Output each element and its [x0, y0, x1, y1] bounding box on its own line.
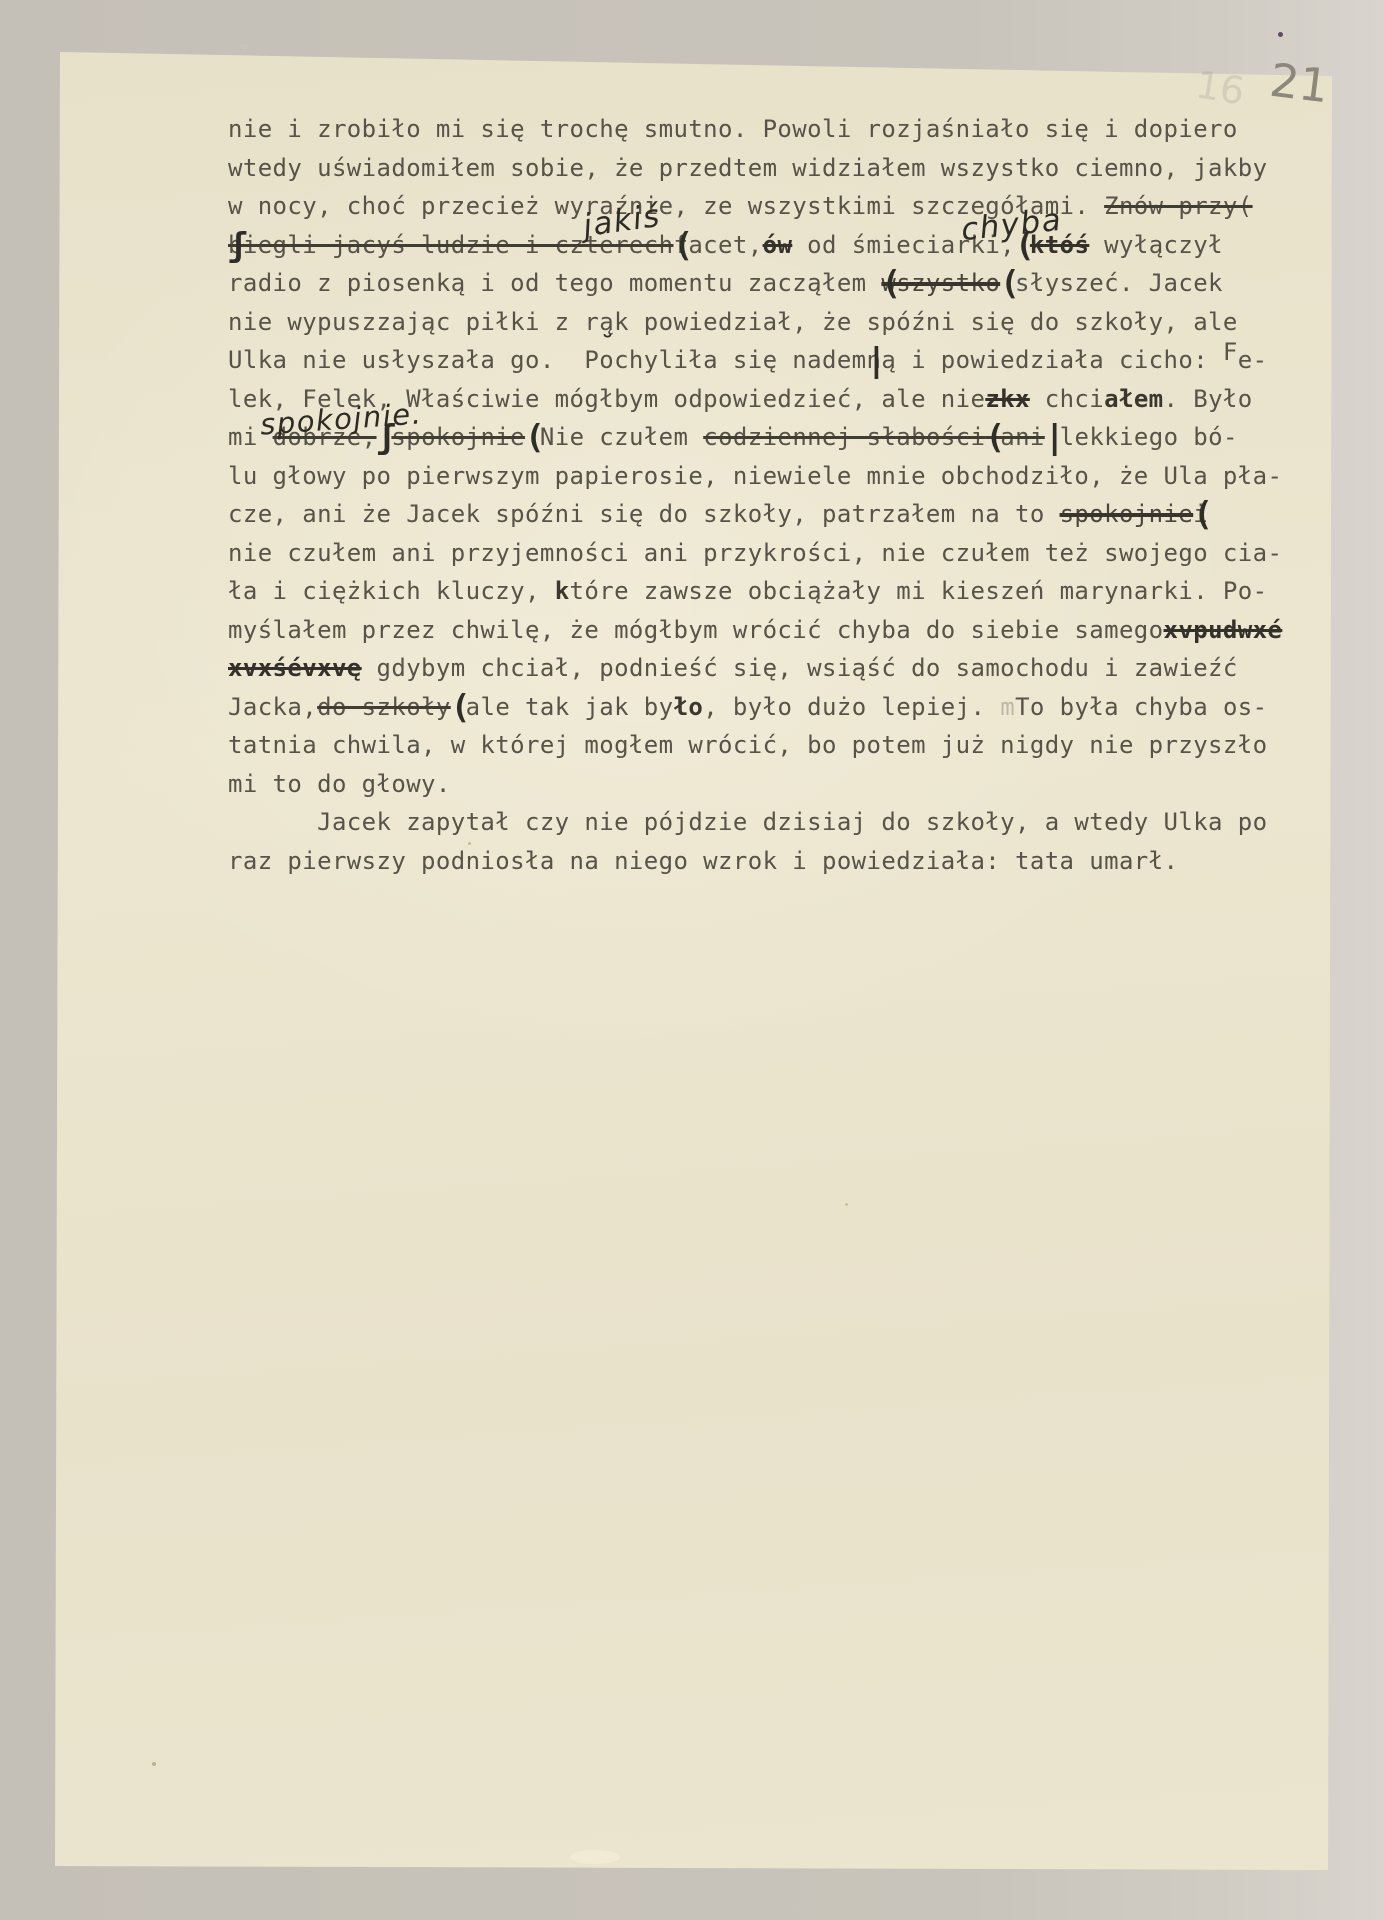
text-segment: ów	[763, 231, 793, 259]
paper-speck	[152, 1762, 156, 1766]
text-segment: xvxśévxvę	[228, 654, 362, 682]
typed-text-block: nie i zrobiło mi się trochę smutno. Powo…	[228, 110, 1318, 880]
text-segment: tóre zawsze obciążały mi kieszeń marynar…	[570, 577, 1268, 605]
typed-line: Jacek zapytał czy nie pójdzie dzisiaj do…	[228, 803, 1318, 842]
text-segment: , było dużo lepiej.	[703, 693, 1000, 721]
text-segment: wyłączył	[1089, 231, 1223, 259]
text-segment: xvpudwxé	[1164, 616, 1283, 644]
text-segment: k	[555, 577, 570, 605]
text-segment: do szkoły	[317, 693, 451, 721]
erased-pencil-mark: 16	[1193, 62, 1248, 113]
text-segment: lekkiego bó-	[1045, 423, 1238, 451]
text-segment: ale tak jak by	[451, 693, 674, 721]
typed-line: Ulka nie usłyszała go. P˘ochyliła się na…	[228, 341, 1318, 380]
text-segment: nie i zrobiło mi się trochę smutno. Powo…	[228, 115, 1238, 143]
typed-line: xvxśévxvę gdybym chciał, podnieść się, w…	[228, 649, 1318, 688]
typed-line: mi to do głowy.	[228, 765, 1318, 804]
text-segment: . Było	[1164, 385, 1253, 413]
text-segment: tatnia chwila, w której mogłem wrócić, b…	[228, 731, 1267, 759]
paper-edge-stain	[570, 1850, 620, 1864]
text-segment: To była chyba os-	[1015, 693, 1267, 721]
text-segment: radio z piosenką i od tego momentu zaczą…	[228, 269, 881, 297]
typed-line: lu głowy po pierwszym papierosie, niewie…	[228, 457, 1318, 496]
text-segment: lu głowy po pierwszym papierosie, niewie…	[228, 462, 1282, 490]
text-segment: F	[1223, 338, 1238, 366]
paper-speck	[1278, 32, 1283, 37]
text-segment: raz pierwszy podniosła na niego wzrok i …	[228, 847, 1178, 875]
paper-speck	[845, 1203, 848, 1206]
typed-line: radio z piosenką i od tego momentu zaczą…	[228, 264, 1318, 303]
text-segment: ło	[674, 693, 704, 721]
typed-line: nie i zrobiło mi się trochę smutno. Powo…	[228, 110, 1318, 149]
pencil-page-number: 21	[1267, 53, 1332, 114]
text-segment: ną i powiedziała cicho:	[867, 346, 1223, 374]
typed-line: myślałem przez chwilę, że mógłbym wrócić…	[228, 611, 1318, 650]
text-segment: ałem	[1104, 385, 1163, 413]
text-segment: chci	[1030, 385, 1104, 413]
typed-line: ʃbiegli jacyś ludzie i czterech(facet,ów…	[228, 226, 1318, 265]
text-segment: e-	[1238, 346, 1268, 374]
text-segment: nie wypuszzając piłki z rąk powiedział, …	[228, 308, 1238, 336]
text-segment: Nie czułem	[525, 423, 703, 451]
text-segment: ła i ciężkich kluczy,	[228, 577, 555, 605]
text-segment: słyszeć. Jacek	[1000, 269, 1223, 297]
text-segment: Jacka,	[228, 693, 317, 721]
text-segment: nie czułem ani przyjemności ani przykroś…	[228, 539, 1282, 567]
text-segment: Jacek zapytał czy nie pójdzie dzisiaj do…	[228, 808, 1267, 836]
text-segment: myślałem przez chwilę, że mógłbym wrócić…	[228, 616, 1164, 644]
typed-line: nie wypuszzając piłki z rąk powiedział, …	[228, 303, 1318, 342]
scanned-page-scene: nie i zrobiło mi się trochę smutno. Powo…	[0, 0, 1384, 1920]
typed-line: ła i ciężkich kluczy, które zawsze obcią…	[228, 572, 1318, 611]
typed-line: wtedy uświadomiłem sobie, że przedtem wi…	[228, 149, 1318, 188]
text-segment: wtedy uświadomiłem sobie, że przedtem wi…	[228, 154, 1267, 182]
text-segment: Ulka nie usłyszała go. P	[228, 346, 599, 374]
typed-line: cze, ani że Jacek spóźni się do szkoły, …	[228, 495, 1318, 534]
typed-line: nie czułem ani przyjemności ani przykroś…	[228, 534, 1318, 573]
text-segment: cze, ani że Jacek spóźni się do szkoły, …	[228, 500, 1060, 528]
paper-edge-nick	[238, 44, 250, 51]
typed-line: w nocy, choć przecież wyraźnie, ze wszys…	[228, 187, 1318, 226]
typed-line: tatnia chwila, w której mogłem wrócić, b…	[228, 726, 1318, 765]
text-segment: ochyliła się nadem	[599, 346, 866, 374]
text-segment: zkx	[985, 385, 1030, 413]
typed-line: raz pierwszy podniosła na niego wzrok i …	[228, 842, 1318, 881]
typed-line: Jacka,do szkoły( ale tak jak było, było …	[228, 688, 1318, 727]
text-segment: m	[1000, 693, 1015, 721]
text-segment: codziennej słabości	[703, 423, 985, 451]
text-segment: Znów przy(	[1104, 192, 1253, 220]
text-segment: mi to do głowy.	[228, 770, 451, 798]
text-segment: spokojnie	[1060, 500, 1194, 528]
text-segment: gdybym chciał, podnieść się, wsiąść do s…	[362, 654, 1238, 682]
